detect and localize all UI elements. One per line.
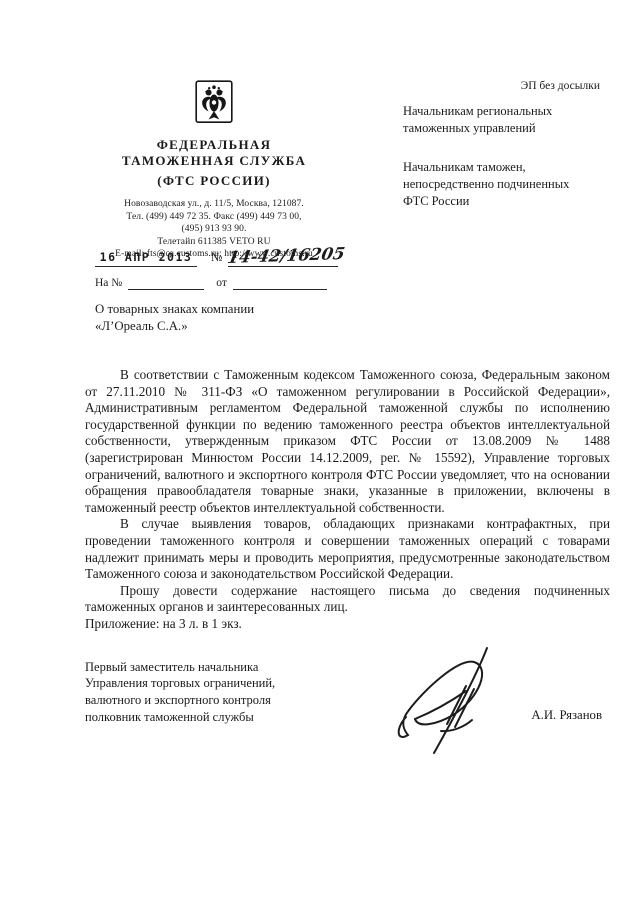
addressee-block-2: Начальникам таможен, непосредственно под… — [403, 159, 613, 210]
signature-block: Первый заместитель начальника Управления… — [85, 655, 610, 775]
signer-position-line: полковник таможенной службы — [85, 709, 275, 726]
attachment-note: Приложение: на 3 л. в 1 экз. — [85, 616, 610, 633]
outgoing-number-handwritten: 14-42/16205 — [226, 244, 347, 268]
reply-from-label: от — [216, 277, 227, 289]
addressee-line: ФТС России — [403, 193, 613, 210]
address-line: (495) 913 93 90. — [85, 223, 343, 236]
address-line: Новозаводская ул., д. 11/5, Москва, 1210… — [85, 198, 343, 211]
reference-block: 16 АПР 2013 № 14-42/16205 На № от — [95, 246, 355, 290]
ep-delivery-note: ЭП без досылки — [410, 80, 600, 92]
signer-position: Первый заместитель начальника Управления… — [85, 659, 275, 726]
reply-to-label: На № — [95, 277, 122, 289]
scanned-letter-page: ЭП без досылки — [0, 0, 640, 905]
number-label: № — [211, 250, 222, 265]
letterhead: ФЕДЕРАЛЬНАЯ ТАМОЖЕННАЯ СЛУЖБА (ФТС РОССИ… — [85, 80, 343, 261]
signer-position-line: валютного и экспортного контроля — [85, 692, 275, 709]
addressee-line: Начальникам таможен, — [403, 159, 613, 176]
org-name-line1: ФЕДЕРАЛЬНАЯ — [85, 137, 343, 153]
signer-position-line: Управления торговых ограничений, — [85, 675, 275, 692]
addressee-line: непосредственно подчиненных — [403, 176, 613, 193]
address-line: Тел. (499) 449 72 35. Факс (499) 449 73 … — [85, 211, 343, 224]
body-paragraph-1: В соответствии с Таможенным кодексом Там… — [85, 367, 610, 516]
addressees: Начальникам региональных таможенных упра… — [403, 103, 613, 210]
outgoing-number-field: 14-42/16205 — [228, 246, 338, 267]
reference-row-date-number: 16 АПР 2013 № 14-42/16205 — [95, 246, 355, 267]
handwritten-signature-icon — [390, 641, 520, 764]
org-short-name: (ФТС РОССИИ) — [85, 173, 343, 189]
subject-line1: О товарных знаках компании — [95, 301, 395, 318]
letter-body: В соответствии с Таможенным кодексом Там… — [85, 367, 610, 775]
coat-of-arms-icon — [195, 80, 233, 130]
addressee-line: таможенных управлений — [403, 120, 613, 137]
signer-name: А.И. Рязанов — [531, 707, 602, 724]
date-stamp: 16 АПР 2013 — [100, 250, 193, 264]
addressee-block-1: Начальникам региональных таможенных упра… — [403, 103, 613, 137]
addressee-line: Начальникам региональных — [403, 103, 613, 120]
body-paragraph-2: В случае выявления товаров, обладающих п… — [85, 516, 610, 582]
reply-date-blank-field — [233, 276, 327, 290]
reference-row-reply: На № от — [95, 276, 355, 290]
date-stamp-field: 16 АПР 2013 — [95, 250, 197, 267]
subject: О товарных знаках компании «Л’Ореаль С.А… — [95, 301, 395, 334]
signer-position-line: Первый заместитель начальника — [85, 659, 275, 676]
subject-line2: «Л’Ореаль С.А.» — [95, 318, 395, 335]
reply-number-blank-field — [128, 276, 204, 290]
body-paragraph-3: Прошу довести содержание настоящего пись… — [85, 583, 610, 616]
org-name: ФЕДЕРАЛЬНАЯ ТАМОЖЕННАЯ СЛУЖБА — [85, 137, 343, 168]
org-name-line2: ТАМОЖЕННАЯ СЛУЖБА — [85, 153, 343, 169]
